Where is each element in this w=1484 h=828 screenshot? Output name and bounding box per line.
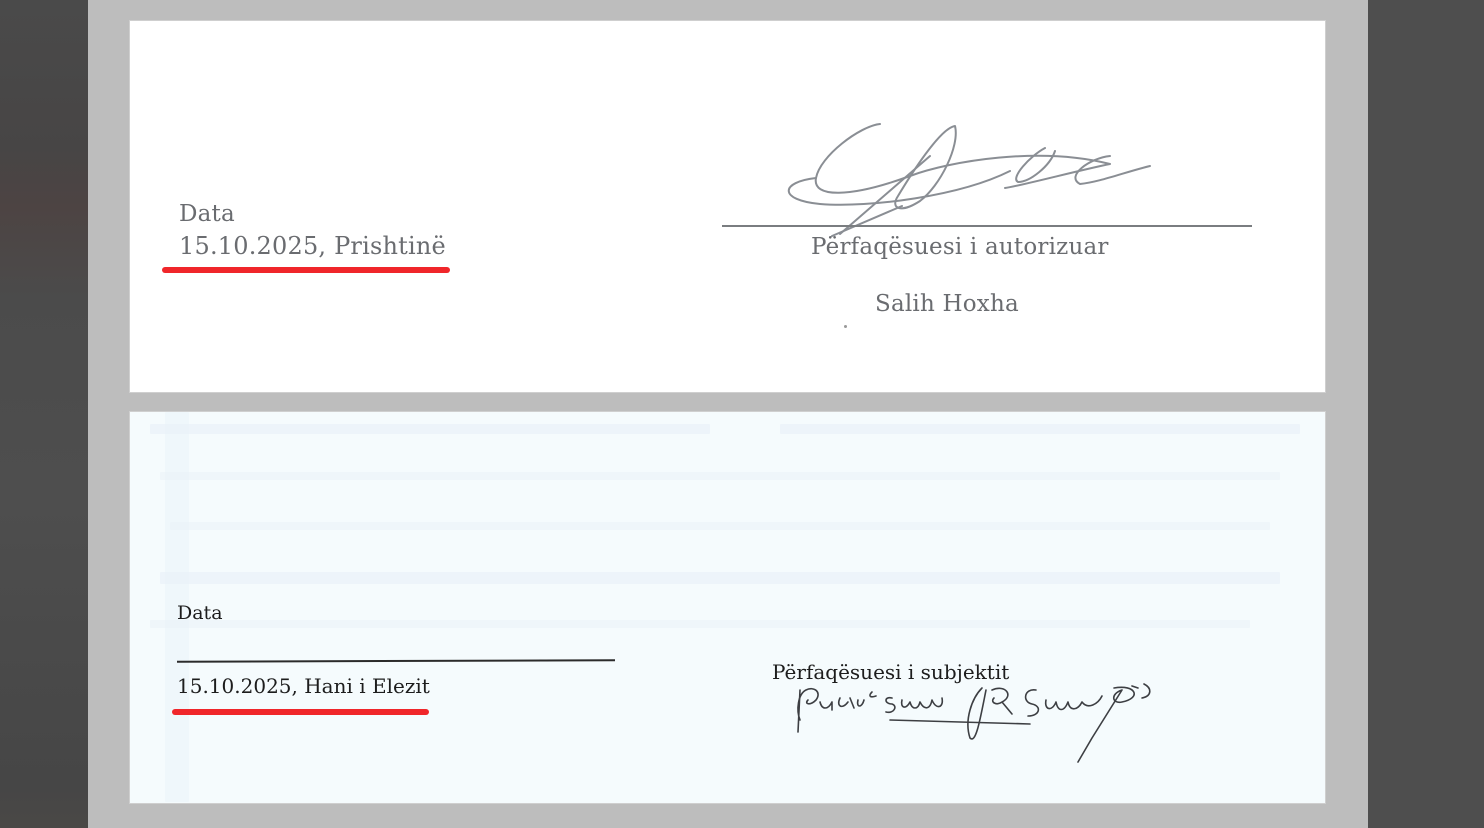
background-right xyxy=(1368,0,1484,828)
date-highlight-underline xyxy=(172,709,429,715)
date-label: Data xyxy=(177,602,223,624)
bleed-through-texture xyxy=(780,424,1300,434)
bleed-through-texture xyxy=(150,620,1250,628)
date-value: 15.10.2025, Hani i Elezit xyxy=(177,674,430,698)
date-line xyxy=(177,659,615,663)
date-highlight-underline xyxy=(162,267,450,273)
date-label: Data xyxy=(179,201,235,227)
signature-icon xyxy=(780,116,1160,241)
background-left xyxy=(0,0,88,828)
scan-speck xyxy=(844,325,847,328)
signature-icon xyxy=(792,680,1182,790)
bleed-through-texture xyxy=(160,572,1280,584)
signatory-role: Përfaqësuesi i autorizuar xyxy=(811,234,1109,260)
bleed-through-texture xyxy=(170,522,1270,530)
signature-line xyxy=(722,225,1252,227)
signatory-name: Salih Hoxha xyxy=(875,291,1019,317)
bleed-through-texture xyxy=(150,424,710,434)
bottom-document-excerpt: Data 15.10.2025, Hani i Elezit Përfaqësu… xyxy=(130,412,1325,803)
date-value: 15.10.2025, Prishtinë xyxy=(179,232,446,260)
top-document-excerpt: Data 15.10.2025, Prishtinë Përfaqësuesi … xyxy=(130,21,1325,392)
bleed-through-texture xyxy=(160,472,1280,480)
